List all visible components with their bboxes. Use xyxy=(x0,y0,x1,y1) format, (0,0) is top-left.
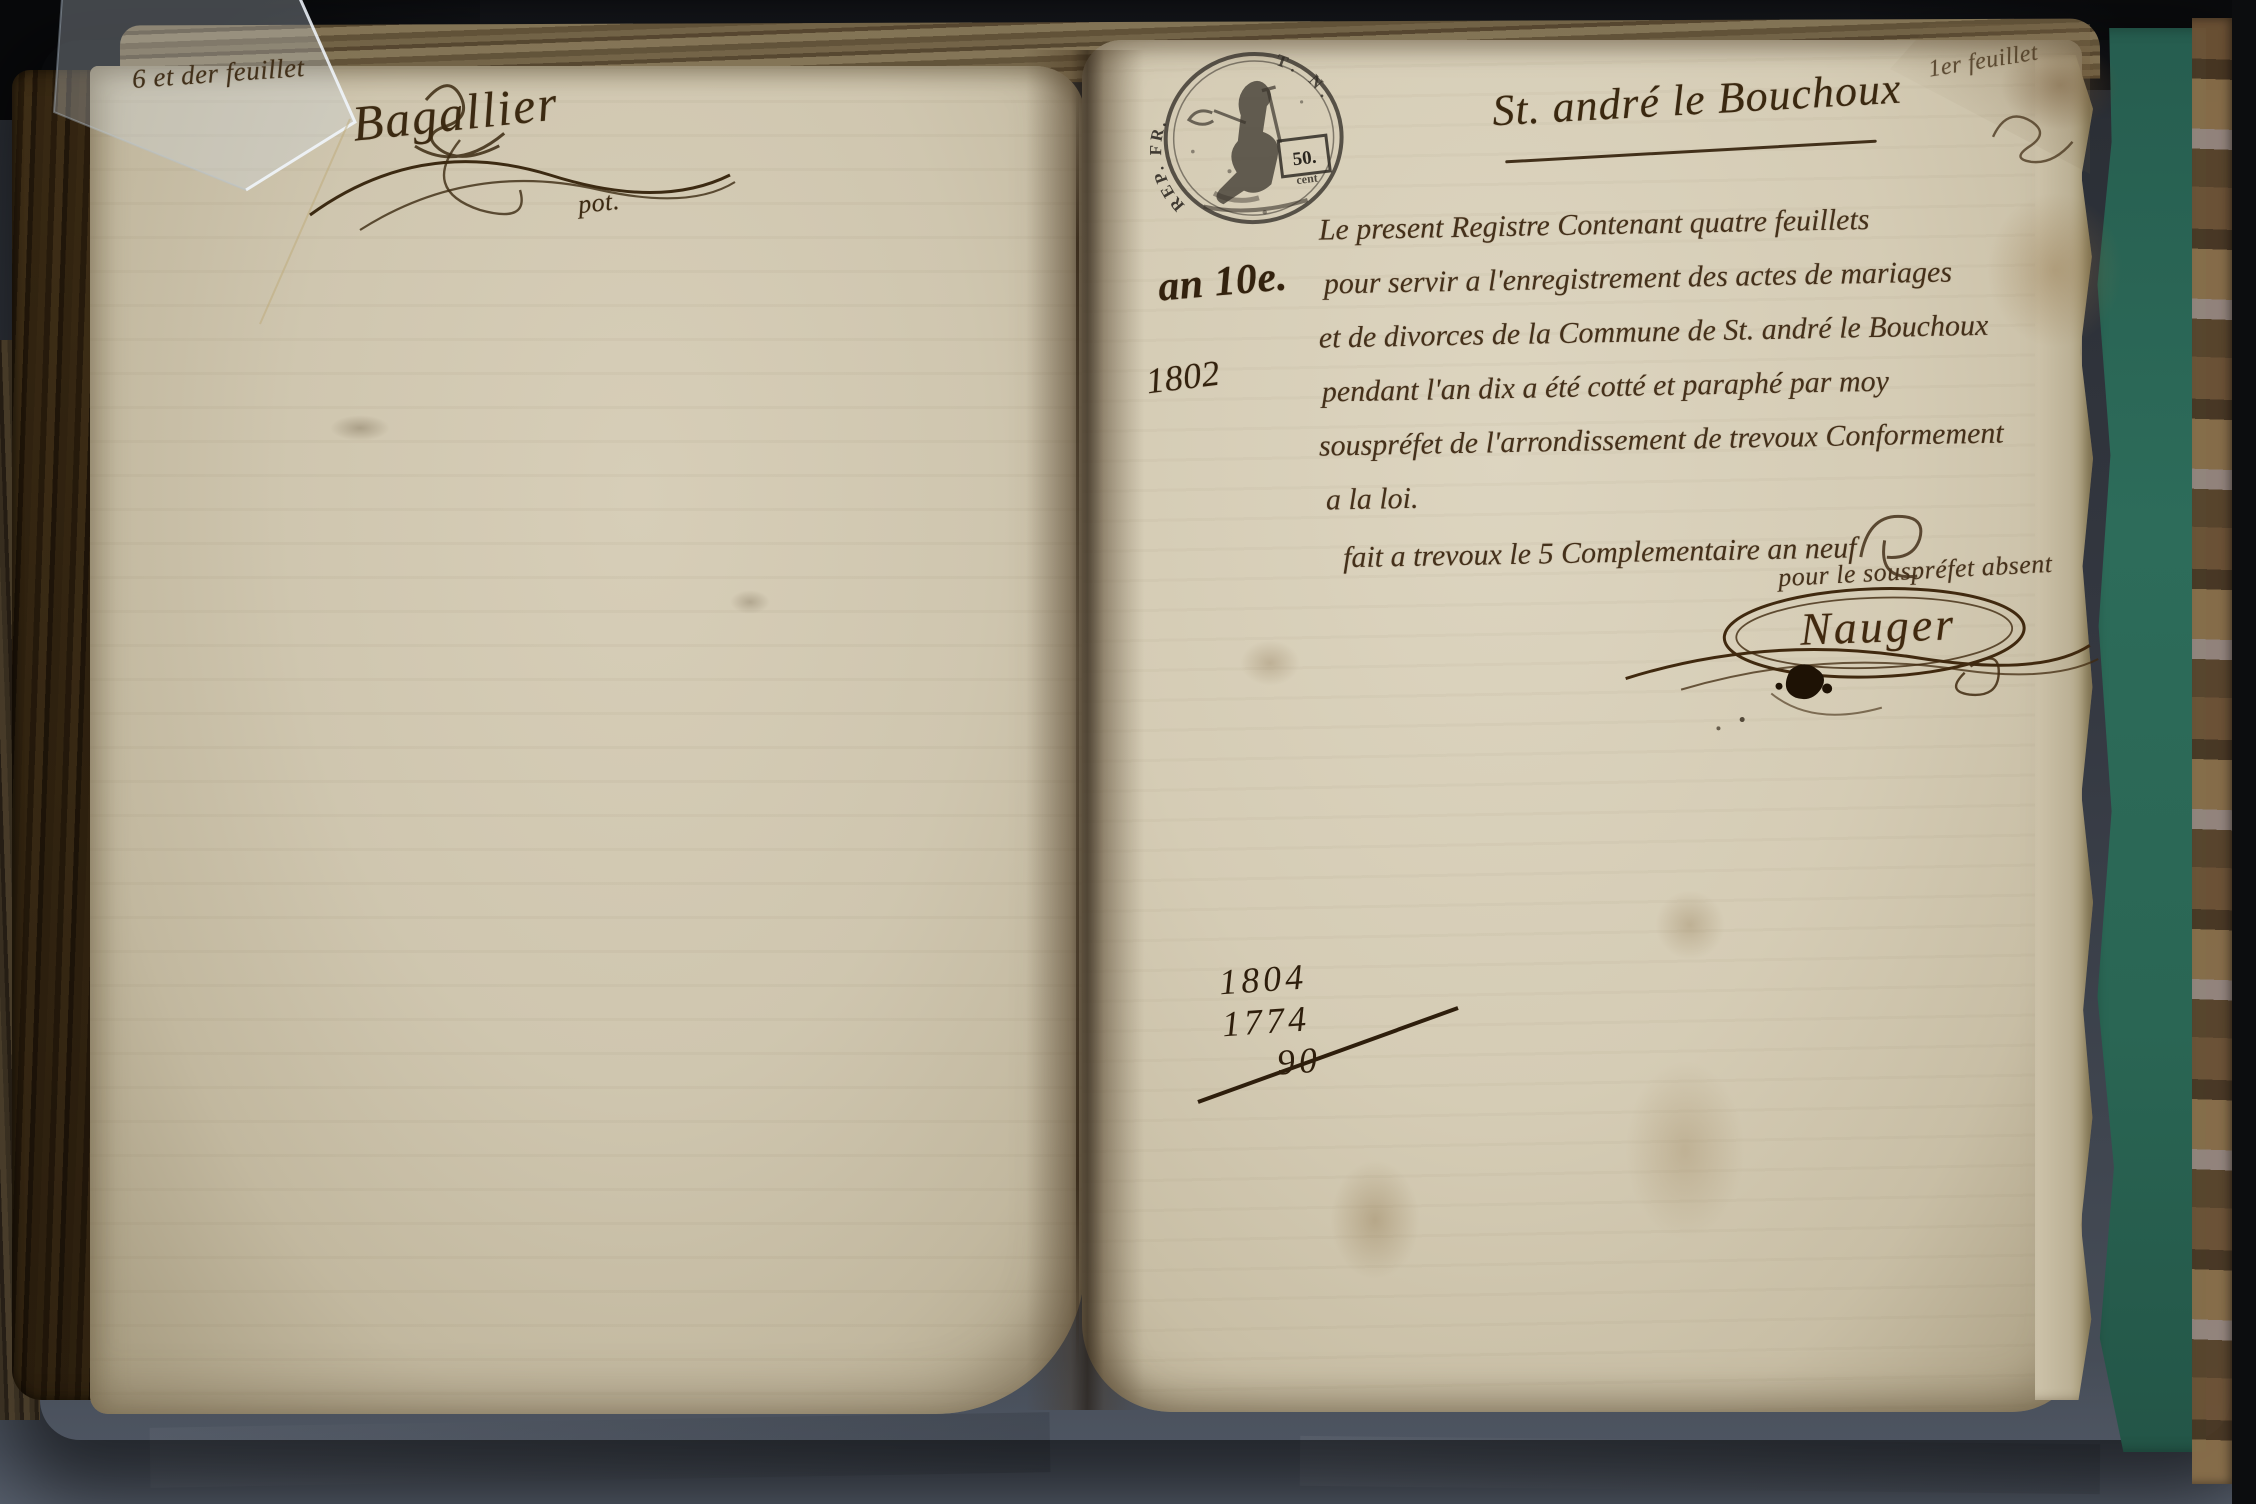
stamp-arc-right-text: T. N. xyxy=(1272,44,1340,111)
left-page xyxy=(90,66,1085,1414)
signature-swash xyxy=(300,120,740,240)
stain xyxy=(730,590,770,614)
stain xyxy=(1240,640,1300,686)
stain xyxy=(1330,1160,1420,1280)
book-gutter-crease xyxy=(1076,90,1079,1370)
cover-edge-dark xyxy=(2232,0,2256,1504)
stamp-figure xyxy=(1203,79,1284,205)
signature-qualifier: pot. xyxy=(577,186,622,220)
register-body-text: Le present Registre Contenant quatre feu… xyxy=(1318,198,2115,591)
table-fold xyxy=(1300,1436,2100,1494)
register-photo: 6 et der feuillet Bagallier pot. REP. FR… xyxy=(0,0,2256,1504)
margin-year-1802: 1802 xyxy=(1144,352,1223,403)
nauger-flourish xyxy=(1617,566,2122,743)
stain xyxy=(1655,890,1725,960)
svg-text:T. N.: T. N. xyxy=(1272,44,1340,111)
stain xyxy=(1625,1060,1745,1240)
stamp-value: 50. xyxy=(1291,147,1317,171)
stain xyxy=(330,415,390,441)
stamp-unit: cent xyxy=(1296,171,1319,187)
book-gutter-shadow xyxy=(1026,50,1144,1410)
nauger-signature: Nauger xyxy=(1799,597,1957,655)
subtraction-strike-line xyxy=(1190,990,1470,1110)
